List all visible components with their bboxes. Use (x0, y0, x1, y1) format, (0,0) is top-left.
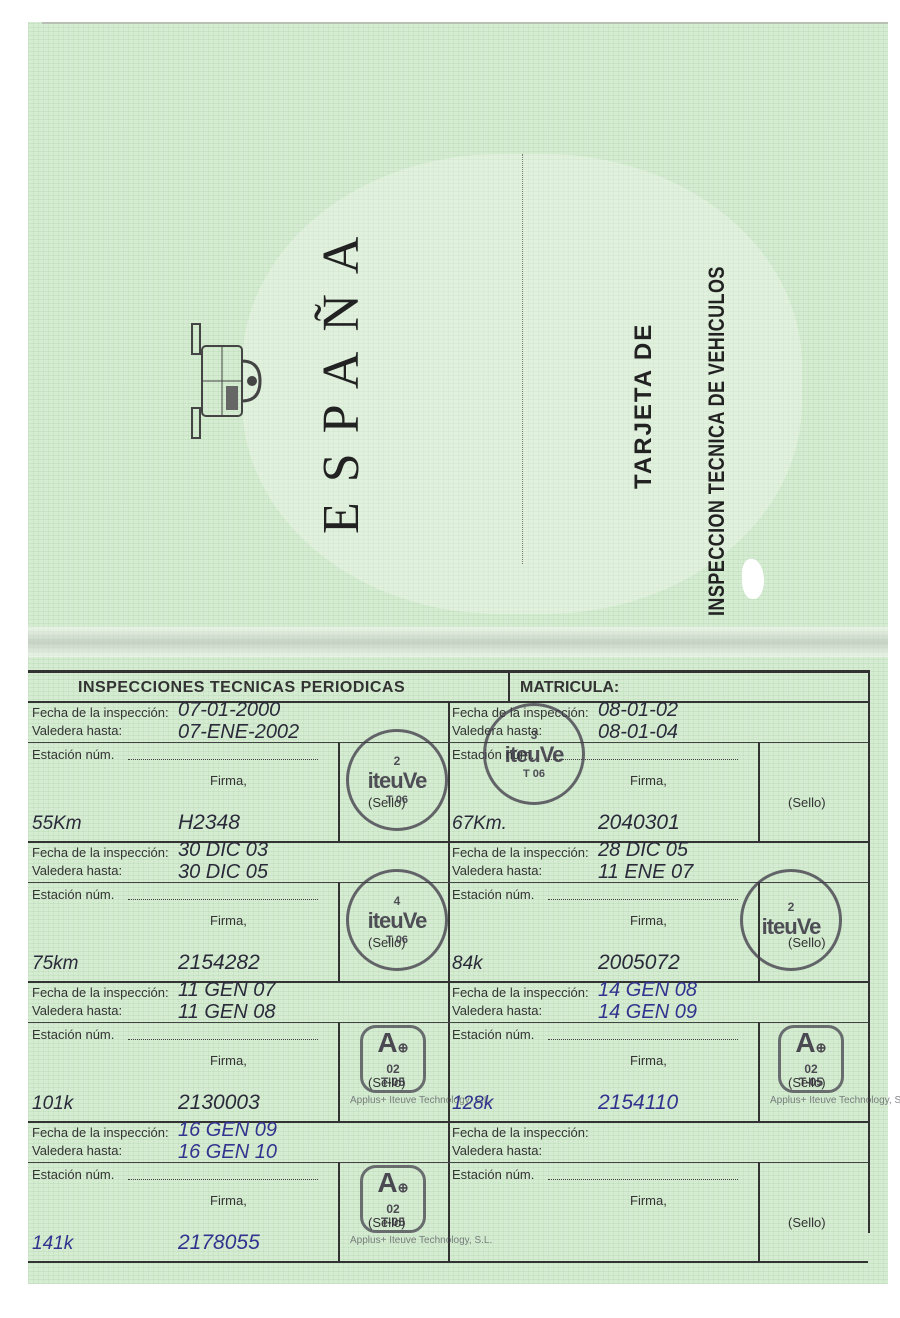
row-divider (28, 1261, 868, 1263)
inspection-entry: Fecha de la inspección: Valedera hasta: … (28, 983, 448, 1121)
iteuve-stamp: 4 itеuVe T 06 (346, 869, 448, 971)
seal-label: (Sello) (788, 1215, 826, 1230)
station-dotted-line (128, 1039, 318, 1040)
mileage-value: 141k (32, 1233, 73, 1255)
signature-label: Firma, (210, 913, 247, 928)
seal-divider (758, 1162, 760, 1261)
card-title-line2: INSPECCION TECNICA DE VEHICULOS (704, 266, 730, 616)
stamp-logo: A⊕ (363, 1028, 423, 1063)
station-dotted-line (128, 759, 318, 760)
seal-divider (338, 742, 340, 841)
inspection-date-label: Fecha de la inspección: (32, 845, 169, 860)
stamp-number: 3 (531, 728, 538, 742)
seal-divider (338, 882, 340, 981)
tear-mark (742, 559, 764, 599)
reference-number: 2154282 (178, 951, 260, 975)
signature-label: Firma, (630, 913, 667, 928)
inspection-entry: Fecha de la inspección: Valedera hasta: … (448, 1123, 868, 1261)
station-label: Estación núm. (32, 747, 114, 762)
stamp-number: 2 (394, 754, 401, 768)
stamp-code: T 06 (523, 768, 545, 780)
valid-until-label: Valedera hasta: (452, 1143, 542, 1158)
valid-until-value: 30 DIC 05 (178, 861, 268, 884)
station-label: Estación núm. (452, 1027, 534, 1042)
inspection-entry: Fecha de la inspección: Valedera hasta: … (448, 703, 868, 841)
inspection-date-value: 08-01-02 (598, 699, 678, 722)
stamp-logo: itеuVe (505, 742, 564, 768)
reference-number: H2348 (178, 811, 240, 835)
inspection-entry: Fecha de la inspección: Valedera hasta: … (448, 983, 868, 1121)
applus-stamp: A⊕ 02 T-05 (360, 1165, 426, 1233)
inspection-entry: Fecha de la inspección: Valedera hasta: … (28, 703, 448, 841)
signature-label: Firma, (630, 773, 667, 788)
country-title: ESPAÑA (312, 217, 371, 535)
stamp-number: 2 (788, 900, 795, 914)
inspection-card: ESPAÑA TARJETA DE INSPECCION TECNICA DE … (28, 22, 888, 1284)
inspection-date-label: Fecha de la inspección: (452, 1125, 589, 1140)
stamp-logo: A⊕ (363, 1168, 423, 1203)
mileage-value: 75km (32, 953, 78, 975)
applus-stamp: A⊕ 02 T-05 (360, 1025, 426, 1093)
stamp-logo: itеuVe (368, 768, 427, 794)
stamp-code: T-05 (781, 1076, 841, 1089)
valid-until-value: 14 GEN 09 (598, 1001, 697, 1024)
stamp-caption: Applus+ Iteuve Technology, S.L. (770, 1095, 900, 1106)
station-label: Estación núm. (32, 1027, 114, 1042)
stamp-number: 4 (394, 894, 401, 908)
inspection-entry: Fecha de la inspección: Valedera hasta: … (28, 843, 448, 981)
inspection-table: INSPECCIONES TECNICAS PERIODICAS MATRICU… (28, 670, 870, 1233)
seal-divider (758, 1022, 760, 1121)
inspection-date-label: Fecha de la inspección: (452, 985, 589, 1000)
valid-until-value: 11 ENE 07 (598, 861, 693, 884)
signature-label: Firma, (630, 1053, 667, 1068)
reference-number: 2154110 (598, 1091, 678, 1115)
reference-number: 2005072 (598, 951, 680, 975)
reference-number: 2178055 (178, 1231, 260, 1255)
card-title-line1: TARJETA DE (630, 323, 658, 489)
station-dotted-line (548, 1039, 738, 1040)
inspection-date-label: Fecha de la inspección: (32, 985, 169, 1000)
field-divider (448, 1162, 868, 1163)
station-label: Estación núm. (32, 1167, 114, 1182)
valid-until-label: Valedera hasta: (32, 1003, 122, 1018)
inspection-date-value: 16 GEN 09 (178, 1119, 277, 1142)
mileage-value: 128k (452, 1093, 493, 1115)
fold-crease (28, 627, 888, 657)
stamp-logo: A⊕ (781, 1028, 841, 1063)
station-dotted-line (548, 1179, 738, 1180)
valid-until-value: 16 GEN 10 (178, 1141, 277, 1164)
mileage-value: 55Km (32, 813, 82, 835)
iteuve-stamp: 2 itеuVe (740, 869, 842, 971)
inspection-date-value: 28 DIC 05 (598, 839, 688, 862)
seal-divider (338, 1022, 340, 1121)
seal-divider (338, 1162, 340, 1261)
signature-label: Firma, (210, 773, 247, 788)
station-dotted-line (128, 899, 318, 900)
valid-until-value: 08-01-04 (598, 721, 678, 744)
seal-label: (Sello) (788, 795, 826, 810)
header-divider (508, 673, 510, 701)
stamp-code: T 06 (386, 794, 408, 806)
applus-stamp: A⊕ 02 T-05 (778, 1025, 844, 1093)
valid-until-label: Valedera hasta: (32, 723, 122, 738)
stamp-logo: itеuVe (368, 908, 427, 934)
stamp-code: T-05 (363, 1216, 423, 1229)
fold-line (522, 154, 523, 564)
mileage-value: 101k (32, 1093, 73, 1115)
valid-until-label: Valedera hasta: (452, 1003, 542, 1018)
inspection-date-value: 07-01-2000 (178, 699, 280, 722)
stamp-code: T-05 (363, 1076, 423, 1089)
inspection-date-value: 14 GEN 08 (598, 979, 697, 1002)
card-cover: ESPAÑA TARJETA DE INSPECCION TECNICA DE … (42, 22, 888, 639)
mileage-value: 84k (452, 953, 483, 975)
valid-until-label: Valedera hasta: (32, 863, 122, 878)
inspection-date-value: 30 DIC 03 (178, 839, 268, 862)
station-label: Estación núm. (32, 887, 114, 902)
valid-until-label: Valedera hasta: (32, 1143, 122, 1158)
signature-label: Firma, (630, 1193, 667, 1208)
reference-number: 2040301 (598, 811, 680, 835)
inspection-date-label: Fecha de la inspección: (452, 845, 589, 860)
iteuve-stamp: 3 itеuVe T 06 (483, 703, 585, 805)
inspection-entry: Fecha de la inspección: Valedera hasta: … (448, 843, 868, 981)
iteuve-stamp: 2 itеuVe T 06 (346, 729, 448, 831)
signature-label: Firma, (210, 1053, 247, 1068)
station-label: Estación núm. (452, 887, 534, 902)
valid-until-label: Valedera hasta: (452, 863, 542, 878)
valid-until-value: 11 GEN 08 (178, 1001, 275, 1024)
valid-until-value: 07-ENE-2002 (178, 721, 299, 744)
signature-label: Firma, (210, 1193, 247, 1208)
table-title: INSPECCIONES TECNICAS PERIODICAS (78, 673, 405, 701)
seal-divider (758, 742, 760, 841)
mileage-value: 67Km. (452, 813, 507, 835)
stamp-code: T 06 (386, 934, 408, 946)
inspection-date-label: Fecha de la inspección: (32, 1125, 169, 1140)
inspection-date-value: 11 GEN 07 (178, 979, 275, 1002)
inspection-entry: Fecha de la inspección: Valedera hasta: … (28, 1123, 448, 1261)
station-dotted-line (548, 899, 738, 900)
station-dotted-line (128, 1179, 318, 1180)
station-label: Estación núm. (452, 1167, 534, 1182)
plate-label: MATRICULA: (520, 673, 619, 701)
stamp-logo: itеuVe (762, 914, 821, 940)
reference-number: 2130003 (178, 1091, 260, 1115)
inspection-date-label: Fecha de la inspección: (32, 705, 169, 720)
coat-of-arms-icon (162, 316, 262, 446)
